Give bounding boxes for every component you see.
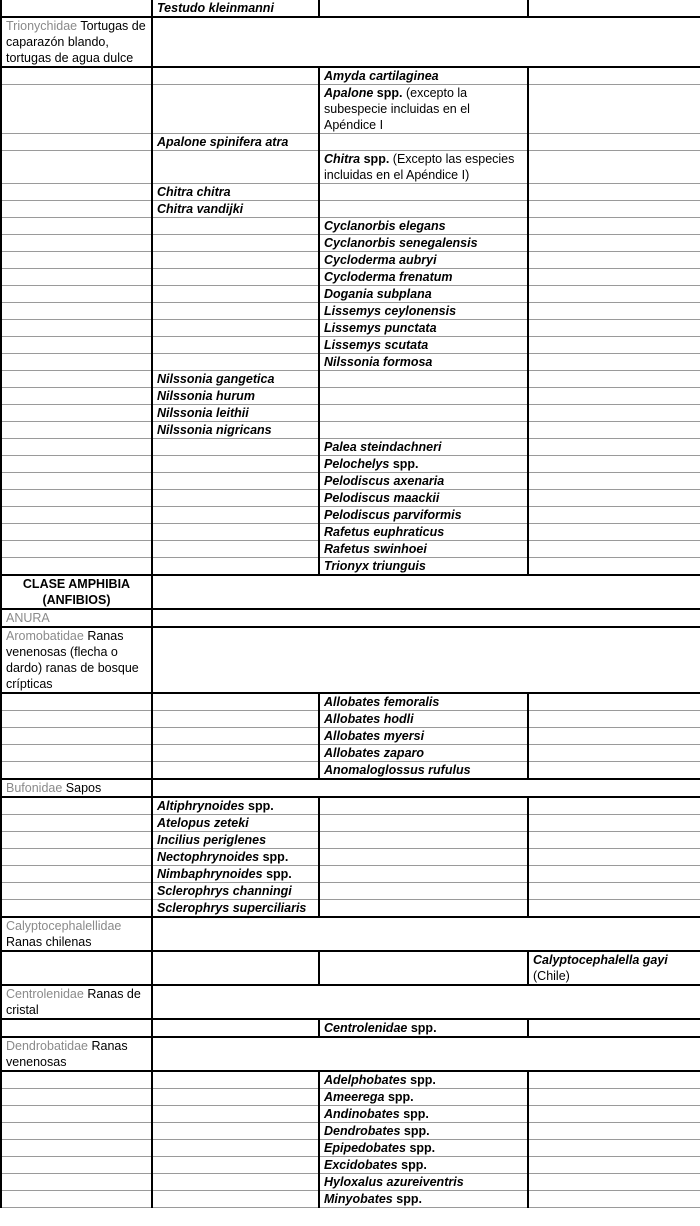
species-cell: Adelphobates spp.	[319, 1071, 528, 1089]
species-cell: Ameerega spp.	[319, 1089, 528, 1106]
family-row: Bufonidae Sapos	[1, 779, 700, 797]
empty-cell	[528, 1071, 700, 1089]
species-name: Nilssonia leithii	[157, 406, 249, 420]
empty-cell	[152, 693, 319, 711]
empty-cell	[152, 1019, 319, 1037]
species-cell: Incilius periglenes	[152, 832, 319, 849]
empty-cell	[1, 490, 152, 507]
species-cell: Rafetus swinhoei	[319, 541, 528, 558]
species-row: Andinobates spp.	[1, 1106, 700, 1123]
species-name: Pelodiscus maackii	[324, 491, 439, 505]
empty-cell	[528, 456, 700, 473]
empty-cell	[528, 728, 700, 745]
species-row: Allobates zaparo	[1, 745, 700, 762]
empty-cell	[319, 0, 528, 17]
empty-cell	[528, 1089, 700, 1106]
cites-appendix-table: Testudo kleinmanniTrionychidae Tortugas …	[0, 0, 700, 1208]
empty-cell	[528, 1174, 700, 1191]
empty-cell	[152, 728, 319, 745]
species-cell: Excidobates spp.	[319, 1157, 528, 1174]
merged-empty-cell	[152, 917, 700, 951]
species-suffix: spp.	[409, 1141, 435, 1155]
species-row: Nilssonia leithii	[1, 405, 700, 422]
empty-cell	[1, 85, 152, 134]
empty-cell	[152, 269, 319, 286]
species-name: Lissemys ceylonensis	[324, 304, 456, 318]
species-row: Chitra vandijki	[1, 201, 700, 218]
empty-cell	[1, 1140, 152, 1157]
species-row: Allobates femoralis	[1, 693, 700, 711]
empty-cell	[152, 235, 319, 252]
species-cell: Calyptocephalella gayi (Chile)	[528, 951, 700, 985]
species-name: Excidobates	[324, 1158, 398, 1172]
empty-cell	[528, 218, 700, 235]
empty-cell	[528, 866, 700, 883]
empty-cell	[319, 134, 528, 151]
species-name: Lissemys punctata	[324, 321, 437, 335]
species-row: Pelodiscus axenaria	[1, 473, 700, 490]
family-row: Calyptocephalellidae Ranas chilenas	[1, 917, 700, 951]
empty-cell	[1, 337, 152, 354]
empty-cell	[1, 815, 152, 832]
empty-cell	[152, 456, 319, 473]
species-name: Andinobates	[324, 1107, 400, 1121]
empty-cell	[152, 1089, 319, 1106]
species-row: Lissemys scutata	[1, 337, 700, 354]
empty-cell	[152, 507, 319, 524]
species-cell: Nilssonia nigricans	[152, 422, 319, 439]
empty-cell	[1, 1089, 152, 1106]
species-name: Rafetus euphraticus	[324, 525, 444, 539]
empty-cell	[319, 184, 528, 201]
empty-cell	[319, 815, 528, 832]
species-suffix: spp.	[393, 457, 419, 471]
empty-cell	[1, 388, 152, 405]
species-cell: Apalone spp. (excepto la subespecie incl…	[319, 85, 528, 134]
empty-cell	[528, 388, 700, 405]
species-cell: Amyda cartilaginea	[319, 67, 528, 85]
empty-cell	[152, 67, 319, 85]
class-row: CLASE AMPHIBIA (ANFIBIOS)	[1, 575, 700, 609]
species-suffix: spp.	[403, 1107, 429, 1121]
family-common-name: Ranas chilenas	[6, 935, 91, 949]
species-name: Adelphobates	[324, 1073, 407, 1087]
species-name: Trionyx triunguis	[324, 559, 426, 573]
empty-cell	[319, 883, 528, 900]
empty-cell	[1, 1157, 152, 1174]
empty-cell	[1, 320, 152, 337]
family-name: Aromobatidae	[6, 629, 84, 643]
empty-cell	[1, 184, 152, 201]
species-cell: Sclerophrys channingi	[152, 883, 319, 900]
species-row: Cyclanorbis senegalensis	[1, 235, 700, 252]
species-name: Epipedobates	[324, 1141, 406, 1155]
empty-cell	[528, 286, 700, 303]
empty-cell	[152, 286, 319, 303]
empty-cell	[319, 866, 528, 883]
empty-cell	[1, 473, 152, 490]
empty-cell	[528, 507, 700, 524]
empty-cell	[152, 1106, 319, 1123]
empty-cell	[1, 201, 152, 218]
species-row: Nilssonia nigricans	[1, 422, 700, 439]
empty-cell	[528, 900, 700, 918]
species-cell: Pelodiscus maackii	[319, 490, 528, 507]
empty-cell	[1, 711, 152, 728]
species-cell: Chitra spp. (Excepto las especies inclui…	[319, 151, 528, 184]
species-row: Pelochelys spp.	[1, 456, 700, 473]
empty-cell	[152, 524, 319, 541]
empty-cell	[319, 201, 528, 218]
empty-cell	[1, 900, 152, 918]
species-cell: Epipedobates spp.	[319, 1140, 528, 1157]
species-cell: Sclerophrys superciliaris	[152, 900, 319, 918]
empty-cell	[152, 303, 319, 320]
empty-cell	[528, 184, 700, 201]
species-name: Chitra chitra	[157, 185, 231, 199]
species-name: Cycloderma aubryi	[324, 253, 437, 267]
species-cell: Nilssonia gangetica	[152, 371, 319, 388]
species-name: Minyobates	[324, 1192, 393, 1206]
empty-cell	[1, 0, 152, 17]
family-cell: Centrolenidae Ranas de cristal	[1, 985, 152, 1019]
empty-cell	[152, 439, 319, 456]
species-name: Incilius periglenes	[157, 833, 266, 847]
species-name: Centrolenidae	[324, 1021, 407, 1035]
empty-cell	[1, 745, 152, 762]
species-row: Palea steindachneri	[1, 439, 700, 456]
species-name: Apalone	[324, 86, 373, 100]
species-name: Cyclanorbis elegans	[324, 219, 446, 233]
empty-cell	[1, 67, 152, 85]
species-cell: Hyloxalus azureiventris	[319, 1174, 528, 1191]
species-name: Rafetus swinhoei	[324, 542, 427, 556]
family-cell: Bufonidae Sapos	[1, 779, 152, 797]
empty-cell	[1, 405, 152, 422]
empty-cell	[1, 235, 152, 252]
species-suffix: spp.	[248, 799, 274, 813]
empty-cell	[528, 1191, 700, 1208]
empty-cell	[1, 1019, 152, 1037]
species-cell: Cycloderma frenatum	[319, 269, 528, 286]
empty-cell	[319, 797, 528, 815]
empty-cell	[152, 320, 319, 337]
empty-cell	[1, 371, 152, 388]
species-cell: Pelodiscus axenaria	[319, 473, 528, 490]
empty-cell	[1, 951, 152, 985]
species-name: Dendrobates	[324, 1124, 400, 1138]
empty-cell	[1, 218, 152, 235]
species-cell: Cyclanorbis elegans	[319, 218, 528, 235]
empty-cell	[1, 1106, 152, 1123]
species-name: Allobates femoralis	[324, 695, 439, 709]
species-row: Ameerega spp.	[1, 1089, 700, 1106]
family-common-name: Sapos	[66, 781, 101, 795]
species-row: Pelodiscus maackii	[1, 490, 700, 507]
species-suffix: spp.	[411, 1021, 437, 1035]
species-name: Allobates hodli	[324, 712, 414, 726]
empty-cell	[1, 303, 152, 320]
empty-cell	[152, 1191, 319, 1208]
empty-cell	[528, 490, 700, 507]
empty-cell	[528, 405, 700, 422]
empty-cell	[528, 252, 700, 269]
species-cell: Apalone spinifera atra	[152, 134, 319, 151]
species-cell: Lissemys ceylonensis	[319, 303, 528, 320]
empty-cell	[528, 1140, 700, 1157]
species-row: Testudo kleinmanni	[1, 0, 700, 17]
species-cell: Andinobates spp.	[319, 1106, 528, 1123]
species-suffix: spp.	[396, 1192, 422, 1206]
species-cell: Palea steindachneri	[319, 439, 528, 456]
species-name: Anomaloglossus rufulus	[324, 763, 471, 777]
species-name: Nimbaphrynoides	[157, 867, 263, 881]
empty-cell	[528, 151, 700, 184]
empty-cell	[152, 762, 319, 780]
species-cell: Testudo kleinmanni	[152, 0, 319, 17]
species-name: Atelopus zeteki	[157, 816, 249, 830]
species-name: Amyda cartilaginea	[324, 69, 439, 83]
empty-cell	[528, 797, 700, 815]
species-suffix: spp.	[377, 86, 403, 100]
species-row: Minyobates spp.	[1, 1191, 700, 1208]
empty-cell	[1, 1174, 152, 1191]
species-name: Palea steindachneri	[324, 440, 441, 454]
table-body: Testudo kleinmanniTrionychidae Tortugas …	[1, 0, 700, 1208]
empty-cell	[152, 337, 319, 354]
species-cell: Cyclanorbis senegalensis	[319, 235, 528, 252]
species-name: Nilssonia gangetica	[157, 372, 274, 386]
species-cell: Nectophrynoides spp.	[152, 849, 319, 866]
empty-cell	[152, 951, 319, 985]
species-cell: Anomaloglossus rufulus	[319, 762, 528, 780]
empty-cell	[528, 473, 700, 490]
species-row: Excidobates spp.	[1, 1157, 700, 1174]
empty-cell	[319, 849, 528, 866]
family-row: Dendrobatidae Ranas venenosas	[1, 1037, 700, 1071]
species-name: Nilssonia hurum	[157, 389, 255, 403]
merged-empty-cell	[152, 575, 700, 609]
empty-cell	[1, 541, 152, 558]
species-row: Cyclanorbis elegans	[1, 218, 700, 235]
species-name: Cyclanorbis senegalensis	[324, 236, 478, 250]
empty-cell	[152, 252, 319, 269]
empty-cell	[528, 762, 700, 780]
empty-cell	[152, 745, 319, 762]
species-name: Calyptocephalella gayi	[533, 953, 668, 967]
species-row: Rafetus euphraticus	[1, 524, 700, 541]
species-name: Lissemys scutata	[324, 338, 428, 352]
class-cell: CLASE AMPHIBIA (ANFIBIOS)	[1, 575, 152, 609]
empty-cell	[528, 693, 700, 711]
empty-cell	[528, 815, 700, 832]
empty-cell	[319, 388, 528, 405]
species-suffix: spp.	[404, 1124, 430, 1138]
species-row: Apalone spinifera atra	[1, 134, 700, 151]
species-row: Centrolenidae spp.	[1, 1019, 700, 1037]
species-row: Dogania subplana	[1, 286, 700, 303]
species-name: Hyloxalus azureiventris	[324, 1175, 464, 1189]
species-row: Cycloderma frenatum	[1, 269, 700, 286]
species-row: Nilssonia gangetica	[1, 371, 700, 388]
species-cell: Allobates myersi	[319, 728, 528, 745]
species-name: Altiphrynoides	[157, 799, 245, 813]
empty-cell	[528, 524, 700, 541]
empty-cell	[1, 558, 152, 576]
empty-cell	[1, 151, 152, 184]
empty-cell	[152, 354, 319, 371]
empty-cell	[319, 832, 528, 849]
empty-cell	[528, 134, 700, 151]
merged-empty-cell	[152, 17, 700, 67]
species-row: Allobates hodli	[1, 711, 700, 728]
empty-cell	[528, 67, 700, 85]
species-row: Dendrobates spp.	[1, 1123, 700, 1140]
empty-cell	[528, 883, 700, 900]
empty-cell	[152, 1157, 319, 1174]
species-row: Altiphrynoides spp.	[1, 797, 700, 815]
empty-cell	[1, 1071, 152, 1089]
empty-cell	[152, 558, 319, 576]
species-row: Nectophrynoides spp.	[1, 849, 700, 866]
species-cell: Lissemys scutata	[319, 337, 528, 354]
species-cell: Chitra chitra	[152, 184, 319, 201]
empty-cell	[528, 354, 700, 371]
empty-cell	[152, 490, 319, 507]
species-name: Allobates myersi	[324, 729, 424, 743]
empty-cell	[1, 866, 152, 883]
species-cell: Dogania subplana	[319, 286, 528, 303]
order-row: ANURA	[1, 609, 700, 627]
family-name: Centrolenidae	[6, 987, 84, 1001]
species-cell: Pelochelys spp.	[319, 456, 528, 473]
empty-cell	[528, 745, 700, 762]
species-row: Cycloderma aubryi	[1, 252, 700, 269]
empty-cell	[319, 900, 528, 918]
species-row: Atelopus zeteki	[1, 815, 700, 832]
family-row: Trionychidae Tortugas de caparazón bland…	[1, 17, 700, 67]
species-cell: Lissemys punctata	[319, 320, 528, 337]
species-cell: Nilssonia leithii	[152, 405, 319, 422]
empty-cell	[1, 728, 152, 745]
species-name: Pelodiscus parviformis	[324, 508, 462, 522]
family-row: Aromobatidae Ranas venenosas (flecha o d…	[1, 627, 700, 693]
species-cell: Dendrobates spp.	[319, 1123, 528, 1140]
empty-cell	[528, 303, 700, 320]
species-name: Chitra vandijki	[157, 202, 243, 216]
family-name: Bufonidae	[6, 781, 62, 795]
empty-cell	[152, 1123, 319, 1140]
empty-cell	[152, 151, 319, 184]
species-suffix: spp.	[266, 867, 292, 881]
empty-cell	[528, 711, 700, 728]
species-name: Allobates zaparo	[324, 746, 424, 760]
species-name: Testudo kleinmanni	[157, 1, 274, 15]
species-cell: Nilssonia formosa	[319, 354, 528, 371]
empty-cell	[1, 354, 152, 371]
empty-cell	[528, 422, 700, 439]
empty-cell	[528, 201, 700, 218]
empty-cell	[1, 832, 152, 849]
species-row: Nilssonia formosa	[1, 354, 700, 371]
species-row: Lissemys punctata	[1, 320, 700, 337]
empty-cell	[1, 422, 152, 439]
species-cell: Altiphrynoides spp.	[152, 797, 319, 815]
empty-cell	[528, 439, 700, 456]
empty-cell	[528, 1106, 700, 1123]
empty-cell	[528, 235, 700, 252]
species-cell: Chitra vandijki	[152, 201, 319, 218]
empty-cell	[528, 541, 700, 558]
empty-cell	[1, 849, 152, 866]
species-row: Chitra spp. (Excepto las especies inclui…	[1, 151, 700, 184]
species-row: Amyda cartilaginea	[1, 67, 700, 85]
empty-cell	[152, 1140, 319, 1157]
empty-cell	[152, 85, 319, 134]
family-cell: Aromobatidae Ranas venenosas (flecha o d…	[1, 627, 152, 693]
empty-cell	[1, 797, 152, 815]
empty-cell	[528, 832, 700, 849]
empty-cell	[528, 1123, 700, 1140]
family-cell: Trionychidae Tortugas de caparazón bland…	[1, 17, 152, 67]
empty-cell	[1, 693, 152, 711]
species-row: Rafetus swinhoei	[1, 541, 700, 558]
empty-cell	[1, 1123, 152, 1140]
species-cell: Trionyx triunguis	[319, 558, 528, 576]
species-cell: Rafetus euphraticus	[319, 524, 528, 541]
species-row: Allobates myersi	[1, 728, 700, 745]
species-row: Nilssonia hurum	[1, 388, 700, 405]
family-name: Calyptocephalellidae	[6, 919, 121, 933]
empty-cell	[528, 269, 700, 286]
empty-cell	[152, 711, 319, 728]
family-row: Centrolenidae Ranas de cristal	[1, 985, 700, 1019]
species-name: Sclerophrys channingi	[157, 884, 292, 898]
species-row: Trionyx triunguis	[1, 558, 700, 576]
empty-cell	[528, 1019, 700, 1037]
empty-cell	[1, 269, 152, 286]
merged-empty-cell	[152, 609, 700, 627]
empty-cell	[1, 507, 152, 524]
family-cell: Dendrobatidae Ranas venenosas	[1, 1037, 152, 1071]
species-name: Nilssonia formosa	[324, 355, 432, 369]
merged-empty-cell	[152, 779, 700, 797]
empty-cell	[528, 337, 700, 354]
species-cell: Minyobates spp.	[319, 1191, 528, 1208]
empty-cell	[1, 252, 152, 269]
species-row: Chitra chitra	[1, 184, 700, 201]
family-cell: Calyptocephalellidae Ranas chilenas	[1, 917, 152, 951]
empty-cell	[1, 134, 152, 151]
species-cell: Nimbaphrynoides spp.	[152, 866, 319, 883]
empty-cell	[528, 371, 700, 388]
species-cell: Allobates hodli	[319, 711, 528, 728]
species-row: Nimbaphrynoides spp.	[1, 866, 700, 883]
species-row: Sclerophrys channingi	[1, 883, 700, 900]
species-name: Cycloderma frenatum	[324, 270, 453, 284]
species-name: Pelochelys	[324, 457, 389, 471]
species-name: Dogania subplana	[324, 287, 432, 301]
species-cell: Allobates femoralis	[319, 693, 528, 711]
empty-cell	[1, 762, 152, 780]
species-row: Hyloxalus azureiventris	[1, 1174, 700, 1191]
species-cell: Allobates zaparo	[319, 745, 528, 762]
order-cell: ANURA	[1, 609, 152, 627]
empty-cell	[319, 951, 528, 985]
empty-cell	[1, 524, 152, 541]
species-cell: Nilssonia hurum	[152, 388, 319, 405]
empty-cell	[528, 320, 700, 337]
